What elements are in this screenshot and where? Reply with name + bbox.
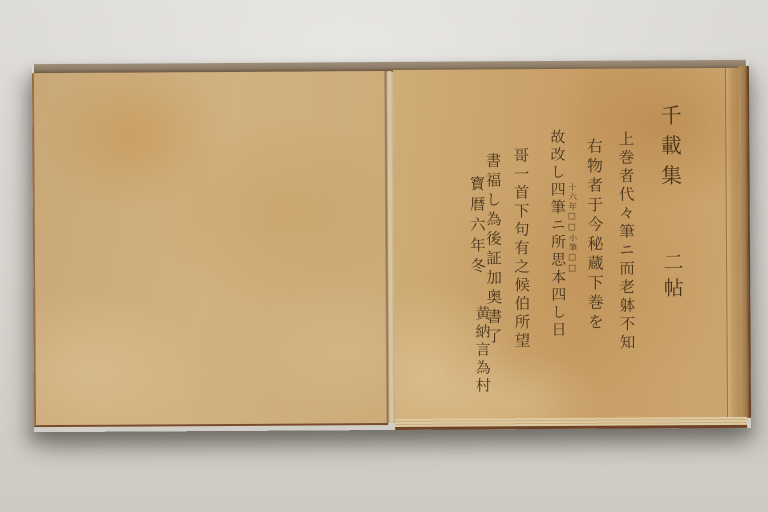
colophon-line: 哥一首下句有之候伯所望 <box>509 147 532 351</box>
colophon-date: 寳暦六年冬 <box>466 175 489 278</box>
bottom-page-stack-edge <box>395 417 747 430</box>
interlinear-annotation: 十六年□□小筆□□ <box>566 183 579 275</box>
right-book-edge <box>739 66 751 418</box>
colophon-line: 上巻者代々筆ニ而老躰不知 <box>614 131 637 353</box>
calligraphy-block: 千載集 二帖 上巻者代々筆ニ而老躰不知 右物者于今秘蔵下巻を 故改し四筆ニ所思本… <box>393 68 741 419</box>
photo-backdrop: 千載集 二帖 上巻者代々筆ニ而老躰不知 右物者于今秘蔵下巻を 故改し四筆ニ所思本… <box>0 0 768 512</box>
colophon-line: 右物者于今秘蔵下巻を <box>582 138 606 333</box>
colophon-signature: 黄納言為村 <box>472 305 494 395</box>
left-page-blank <box>32 71 388 427</box>
right-page: 千載集 二帖 上巻者代々筆ニ而老躰不知 右物者于今秘蔵下巻を 故改し四筆ニ所思本… <box>393 68 741 419</box>
colophon-title: 千載集 <box>655 104 686 194</box>
colophon-volume-note: 二帖 <box>658 251 687 303</box>
manuscript-book: 千載集 二帖 上巻者代々筆ニ而老躰不知 右物者于今秘蔵下巻を 故改し四筆ニ所思本… <box>32 60 751 432</box>
